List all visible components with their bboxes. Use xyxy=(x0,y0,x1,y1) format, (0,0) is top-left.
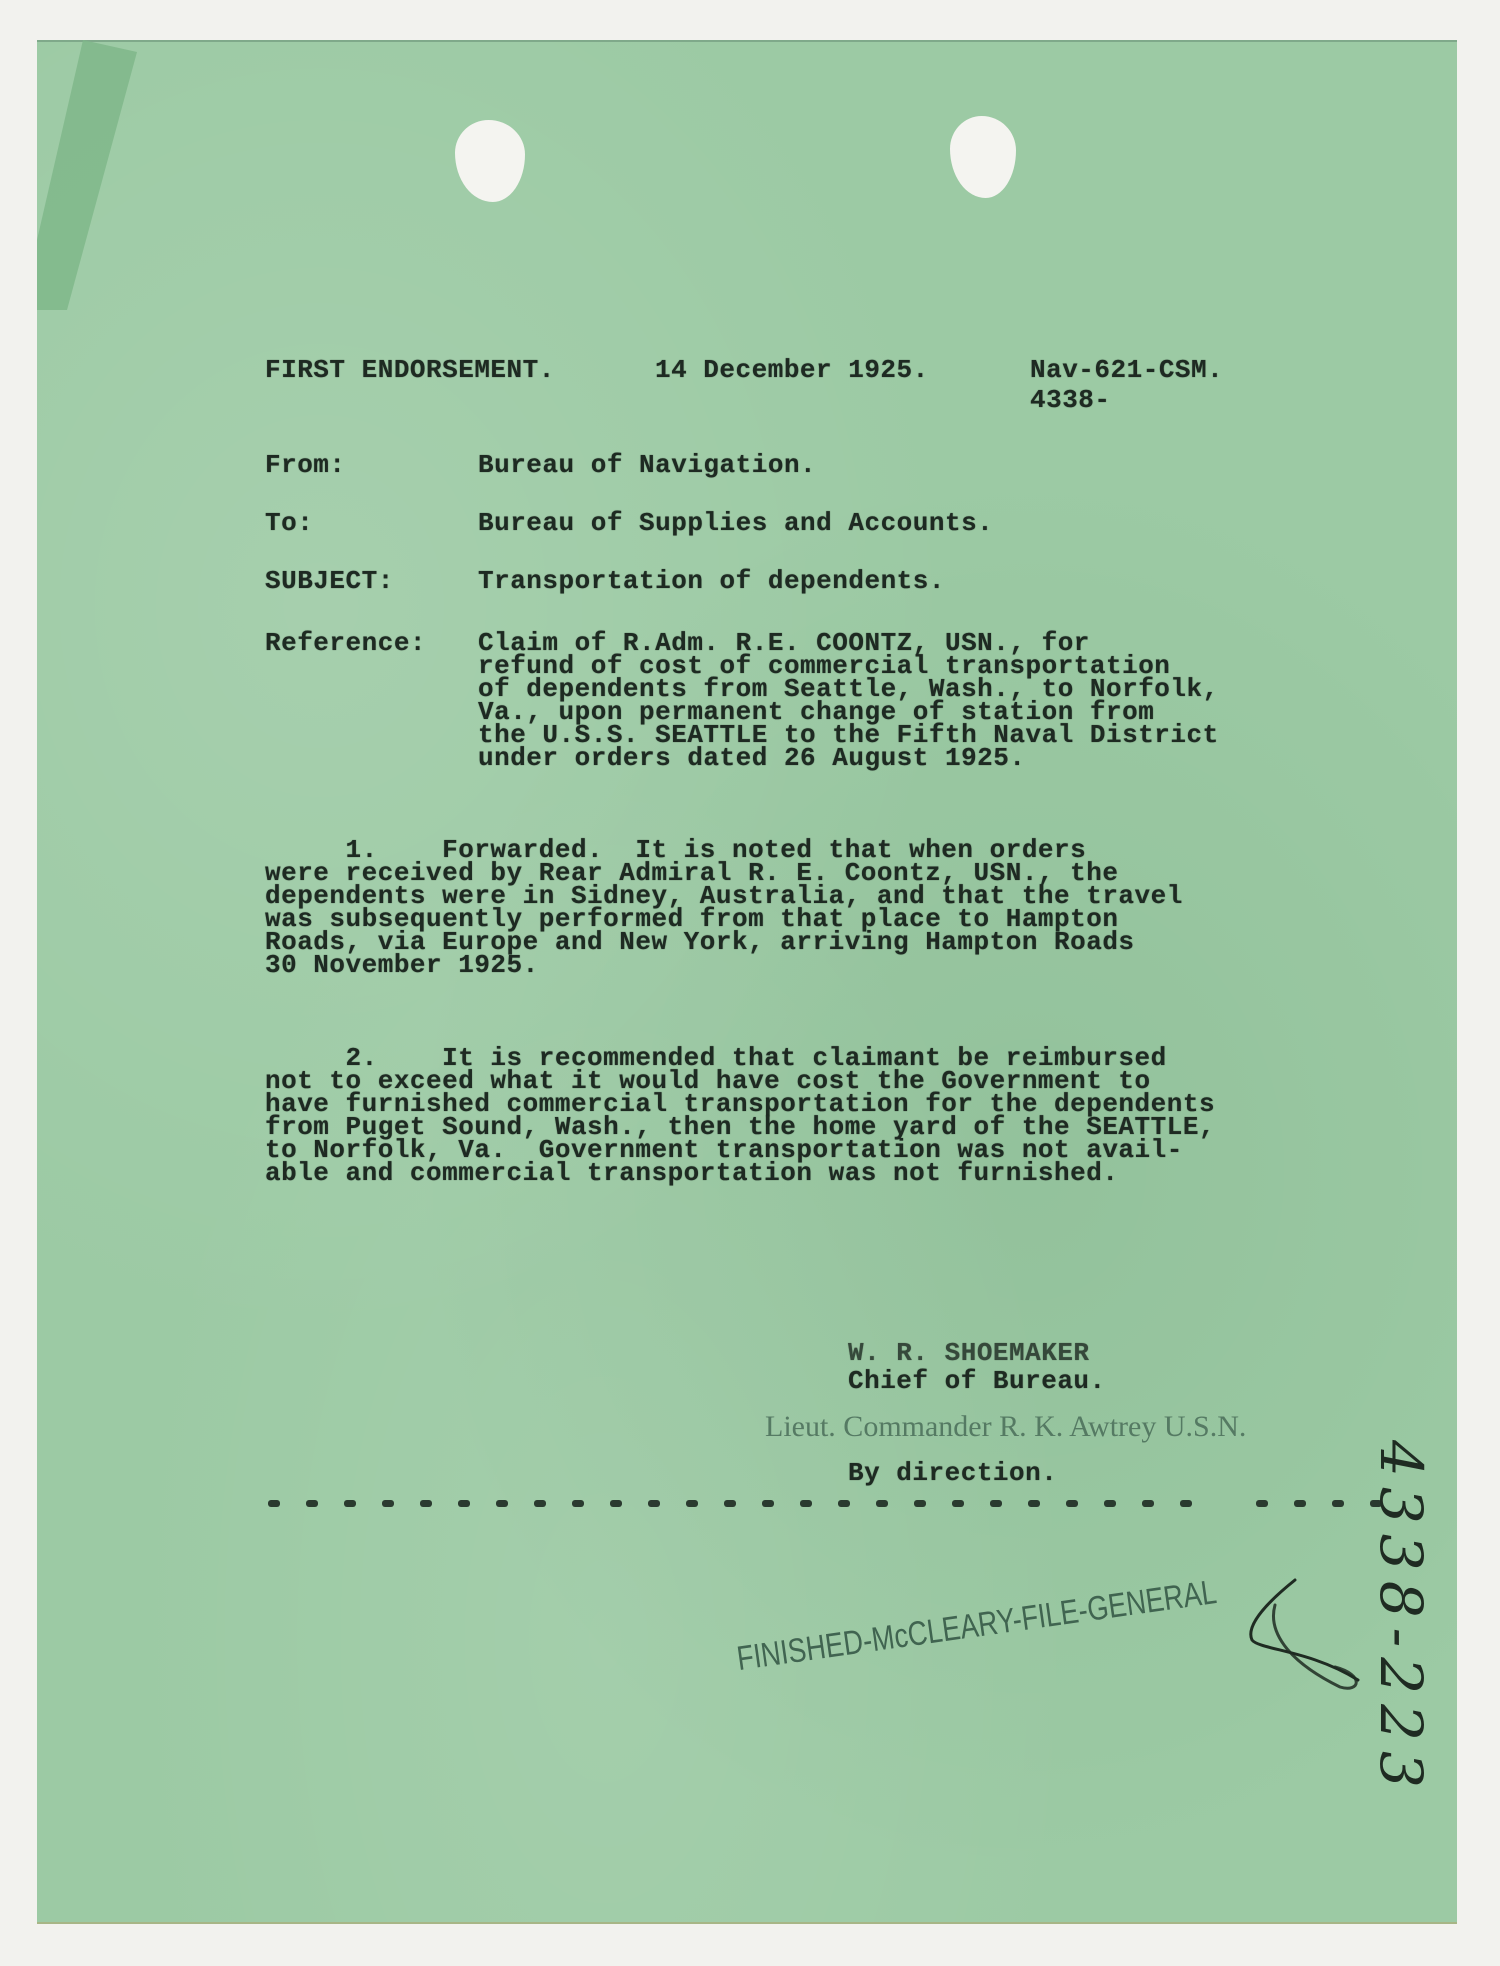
file-number: Nav-621-CSM. xyxy=(1030,355,1223,385)
from-value: Bureau of Navigation. xyxy=(478,450,816,480)
file-number-line2: 4338- xyxy=(1030,385,1111,415)
subject-value: Transportation of dependents. xyxy=(478,566,945,596)
to-label: To: xyxy=(265,508,313,538)
endorsement-title: FIRST ENDORSEMENT. xyxy=(265,355,555,385)
handwritten-check-icon xyxy=(1240,1575,1370,1695)
signature-stamp: Lieut. Commander R. K. Awtrey U.S.N. xyxy=(765,1410,1246,1444)
dashed-separator xyxy=(268,1500,1408,1507)
by-direction: By direction. xyxy=(848,1458,1057,1488)
endorsement-date: 14 December 1925. xyxy=(655,355,929,385)
signature-title: Chief of Bureau. xyxy=(848,1366,1106,1396)
subject-label: SUBJECT: xyxy=(265,566,394,596)
to-value: Bureau of Supplies and Accounts. xyxy=(478,508,993,538)
reference-label: Reference: xyxy=(265,628,426,658)
handwritten-number: 4338-223 xyxy=(1367,1440,1435,1798)
paragraph-1-line: 30 November 1925. xyxy=(265,950,539,980)
from-label: From: xyxy=(265,450,346,480)
signature-name: W. R. SHOEMAKER xyxy=(848,1338,1090,1368)
paragraph-2-line: able and commercial transportation was n… xyxy=(265,1158,1118,1188)
reference-line: under orders dated 26 August 1925. xyxy=(478,743,1026,773)
